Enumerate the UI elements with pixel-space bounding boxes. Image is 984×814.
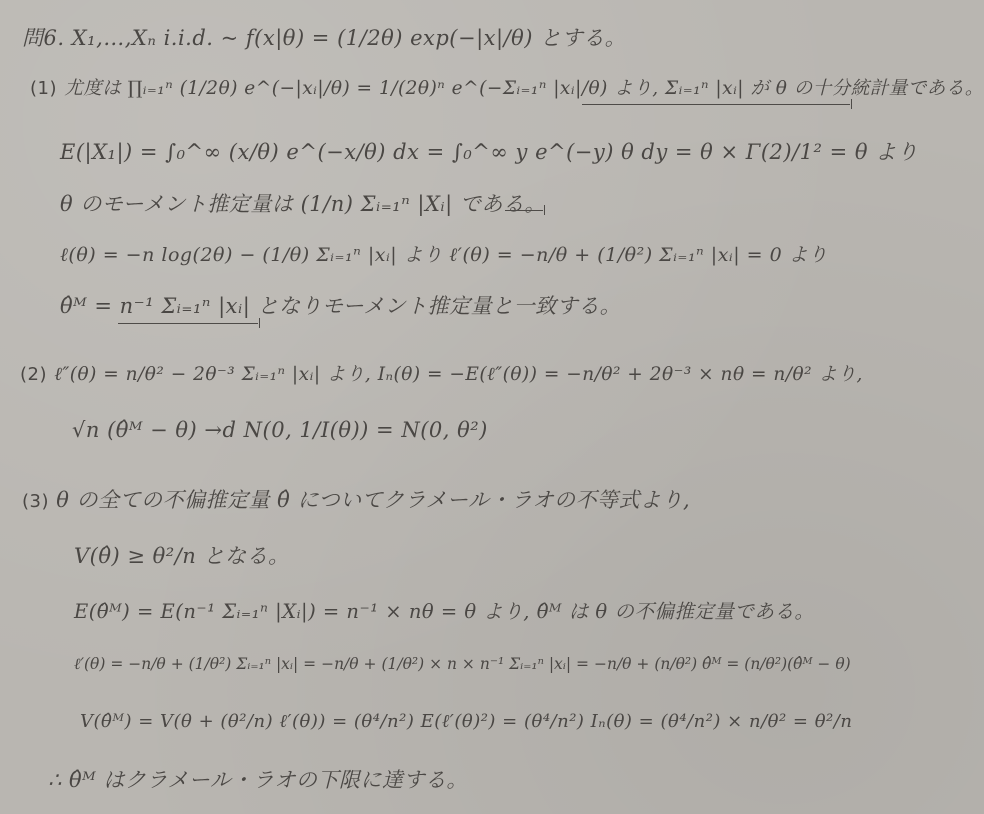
part3-line-2: V(θ̂) ≥ θ²/n となる。 [74, 540, 289, 570]
part3-text-1: θ の全ての不偏推定量 θ̂ についてクラメール・ラオの不等式より, [56, 484, 690, 514]
part1-line-1: (1) 尤度は ∏ᵢ₌₁ⁿ (1/2θ) e^(−|xᵢ|/θ) = 1/(2θ… [30, 74, 984, 100]
part3-line-4: ℓ′(θ) = −n/θ + (1/θ²) Σᵢ₌₁ⁿ |xᵢ| = −n/θ … [74, 650, 851, 674]
part2-text-1: ℓ″(θ) = n/θ² − 2θ⁻³ Σᵢ₌₁ⁿ |xᵢ| より, Iₙ(θ)… [54, 360, 863, 386]
part3-line-3: E(θ̂ᴹ) = E(n⁻¹ Σᵢ₌₁ⁿ |Xᵢ|) = n⁻¹ × nθ = … [74, 596, 814, 624]
part3-line-1: (3) θ の全ての不偏推定量 θ̂ についてクラメール・ラオの不等式より, [22, 484, 690, 514]
part1-line-5: θ̂ᴹ = n⁻¹ Σᵢ₌₁ⁿ |xᵢ| となりモーメント推定量と一致する。 [60, 290, 621, 320]
problem-header: 問6. X₁,…,Xₙ i.i.d. ~ f(x|θ) = (1/2θ) exp… [22, 22, 626, 52]
part1-text-4: ℓ(θ) = −n log(2θ) − (1/θ) Σᵢ₌₁ⁿ |xᵢ| より … [60, 240, 828, 267]
underline-moment-estimator [505, 210, 543, 211]
part2-text-2: √n (θ̂ᴹ − θ) →d N(0, 1/I(θ)) = N(0, θ²) [72, 418, 488, 442]
part2-label: (2) [20, 364, 47, 385]
handwritten-page: 問6. X₁,…,Xₙ i.i.d. ~ f(x|θ) = (1/2θ) exp… [0, 0, 984, 814]
part2-line-1: (2) ℓ″(θ) = n/θ² − 2θ⁻³ Σᵢ₌₁ⁿ |xᵢ| より, I… [20, 360, 863, 386]
part3-text-3: E(θ̂ᴹ) = E(n⁻¹ Σᵢ₌₁ⁿ |Xᵢ|) = n⁻¹ × nθ = … [74, 596, 814, 624]
part3-text-6: ∴ θ̂ᴹ はクラメール・ラオの下限に達する。 [48, 764, 468, 794]
part3-conclusion: ∴ θ̂ᴹ はクラメール・ラオの下限に達する。 [48, 764, 468, 794]
part1-label: (1) [30, 78, 57, 99]
part1-text-3: θ のモーメント推定量は (1/n) Σᵢ₌₁ⁿ |Xᵢ| である。 [60, 188, 546, 218]
part3-text-2: V(θ̂) ≥ θ²/n となる。 [74, 540, 289, 570]
part3-label: (3) [22, 491, 49, 512]
part1-line-3: θ のモーメント推定量は (1/n) Σᵢ₌₁ⁿ |Xᵢ| である。 [60, 188, 546, 218]
part1-text-5: θ̂ᴹ = n⁻¹ Σᵢ₌₁ⁿ |xᵢ| となりモーメント推定量と一致する。 [60, 290, 621, 320]
part3-line-5: V(θ̂ᴹ) = V(θ + (θ²/n) ℓ′(θ)) = (θ⁴/n²) E… [80, 708, 852, 732]
part1-text-1: 尤度は ∏ᵢ₌₁ⁿ (1/2θ) e^(−|xᵢ|/θ) = 1/(2θ)ⁿ e… [64, 74, 984, 100]
part3-text-5: V(θ̂ᴹ) = V(θ + (θ²/n) ℓ′(θ)) = (θ⁴/n²) E… [80, 711, 852, 732]
part1-line-2: E(|X₁|) = ∫₀^∞ (x/θ) e^(−x/θ) dx = ∫₀^∞ … [60, 136, 918, 166]
part2-line-2: √n (θ̂ᴹ − θ) →d N(0, 1/I(θ)) = N(0, θ²) [72, 418, 488, 442]
problem-header-text: 問6. X₁,…,Xₙ i.i.d. ~ f(x|θ) = (1/2θ) exp… [22, 22, 626, 52]
underline-mle [118, 323, 258, 324]
part1-line-4: ℓ(θ) = −n log(2θ) − (1/θ) Σᵢ₌₁ⁿ |xᵢ| より … [60, 240, 828, 267]
underline-sufficient-statistic [582, 104, 850, 105]
part1-text-2: E(|X₁|) = ∫₀^∞ (x/θ) e^(−x/θ) dx = ∫₀^∞ … [60, 136, 918, 166]
part3-text-4: ℓ′(θ) = −n/θ + (1/θ²) Σᵢ₌₁ⁿ |xᵢ| = −n/θ … [74, 655, 851, 674]
